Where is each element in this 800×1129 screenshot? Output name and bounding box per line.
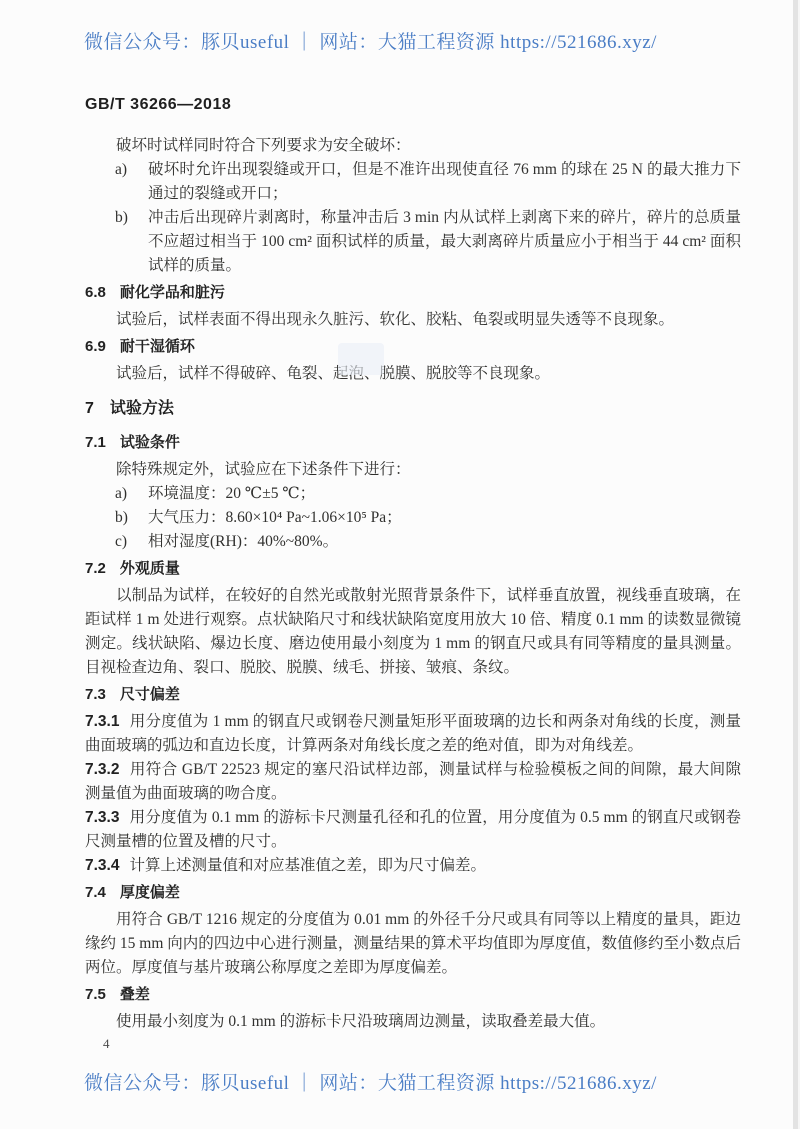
list-label: b) [115, 506, 128, 530]
list-text: 环境温度：20 ℃±5 ℃； [148, 485, 315, 502]
paragraph-appearance-quality: 以制品为试样，在较好的自然光或散射光照背景条件下，试样垂直放置，视线垂直玻璃，在… [85, 584, 741, 680]
clause-7-2-heading: 7.2外观质量 [85, 557, 741, 581]
scan-smudge-artifact [338, 343, 384, 375]
list-item-b-fragments: b)冲击后出现碎片剥离时，称量冲击后 3 min 内从试样上剥离下来的碎片，碎片… [85, 206, 741, 278]
clause-7-5-heading: 7.5叠差 [85, 983, 741, 1007]
list-item-a-cracks: a)破坏时允许出现裂缝或开口，但是不准许出现使直径 76 mm 的球在 25 N… [85, 158, 741, 206]
paragraph-chemical-resistance: 试验后，试样表面不得出现永久脏污、软化、胶粘、龟裂或明显失透等不良现象。 [85, 308, 741, 332]
clause-number: 7.3.3 [85, 809, 119, 826]
watermark-top: 微信公众号：豚贝useful ｜ 网站：大猫工程资源 https://52168… [84, 27, 657, 54]
paragraph-safe-breakage-intro: 破坏时试样同时符合下列要求为安全破坏： [85, 134, 741, 158]
clause-number: 6.8 [85, 284, 106, 301]
page-number: 4 [103, 1036, 110, 1052]
clause-number: 7.3 [85, 686, 106, 703]
clause-number: 7.3.1 [85, 713, 119, 730]
list-label: a) [115, 482, 127, 506]
watermark-bottom: 微信公众号：豚贝useful ｜ 网站：大猫工程资源 https://52168… [84, 1068, 657, 1095]
paragraph-test-conditions-intro: 除特殊规定外，试验应在下述条件下进行： [85, 458, 741, 482]
clause-title: 试验条件 [120, 434, 180, 451]
standard-number: GB/T 36266—2018 [85, 96, 231, 114]
clause-7-3-2-paragraph: 7.3.2用符合 GB/T 22523 规定的塞尺沿试样边部，测量试样与检验模板… [85, 758, 741, 806]
clause-title: 叠差 [120, 986, 150, 1003]
list-text: 大气压力：8.60×10⁴ Pa~1.06×10⁵ Pa； [148, 509, 402, 526]
clause-title: 耐化学品和脏污 [120, 284, 225, 301]
paragraph-overlap-deviation: 使用最小刻度为 0.1 mm 的游标卡尺沿玻璃周边测量，读取叠差最大值。 [85, 1010, 741, 1034]
scanned-document-page: 微信公众号：豚贝useful ｜ 网站：大猫工程资源 https://52168… [0, 0, 800, 1129]
clause-title: 尺寸偏差 [120, 686, 180, 703]
clause-number: 7.5 [85, 986, 106, 1003]
chapter-title: 试验方法 [110, 400, 174, 417]
clause-7-4-heading: 7.4厚度偏差 [85, 881, 741, 905]
clause-number: 7.1 [85, 434, 106, 451]
clause-6-8-heading: 6.8耐化学品和脏污 [85, 281, 741, 305]
list-text: 相对湿度(RH)：40%~80%。 [148, 533, 338, 550]
clause-7-3-1-paragraph: 7.3.1用分度值为 1 mm 的钢直尺或钢卷尺测量矩形平面玻璃的边长和两条对角… [85, 710, 741, 758]
clause-number: 7.3.4 [85, 857, 119, 874]
clause-title: 耐干湿循环 [120, 338, 195, 355]
list-text: 破坏时允许出现裂缝或开口，但是不准许出现使直径 76 mm 的球在 25 N 的… [148, 161, 741, 202]
clause-7-1-heading: 7.1试验条件 [85, 431, 741, 455]
clause-text: 用分度值为 0.1 mm 的游标卡尺测量孔径和孔的位置，用分度值为 0.5 mm… [85, 809, 741, 850]
paragraph-dry-wet-cycle: 试验后，试样不得破碎、龟裂、起泡、脱膜、脱胶等不良现象。 [85, 362, 741, 386]
list-label: c) [115, 530, 127, 554]
clause-text: 计算上述测量值和对应基准值之差，即为尺寸偏差。 [129, 857, 486, 874]
clause-7-3-3-paragraph: 7.3.3用分度值为 0.1 mm 的游标卡尺测量孔径和孔的位置，用分度值为 0… [85, 806, 741, 854]
clause-number: 7.4 [85, 884, 106, 901]
list-item-c-humidity: c)相对湿度(RH)：40%~80%。 [85, 530, 741, 554]
chapter-7-heading: 7试验方法 [85, 396, 741, 422]
clause-title: 外观质量 [120, 560, 180, 577]
paragraph-thickness-deviation: 用符合 GB/T 1216 规定的分度值为 0.01 mm 的外径千分尺或具有同… [85, 908, 741, 980]
clause-7-3-heading: 7.3尺寸偏差 [85, 683, 741, 707]
list-text: 冲击后出现碎片剥离时，称量冲击后 3 min 内从试样上剥离下来的碎片，碎片的总… [148, 209, 741, 274]
list-label: a) [115, 158, 127, 182]
clause-title: 厚度偏差 [120, 884, 180, 901]
document-content: 破坏时试样同时符合下列要求为安全破坏： a)破坏时允许出现裂缝或开口，但是不准许… [85, 134, 741, 1034]
list-label: b) [115, 206, 128, 230]
clause-7-3-4-paragraph: 7.3.4计算上述测量值和对应基准值之差，即为尺寸偏差。 [85, 854, 741, 878]
clause-text: 用分度值为 1 mm 的钢直尺或钢卷尺测量矩形平面玻璃的边长和两条对角线的长度，… [85, 713, 741, 754]
clause-number: 7.2 [85, 560, 106, 577]
clause-text: 用符合 GB/T 22523 规定的塞尺沿试样边部，测量试样与检验模板之间的间隙… [85, 761, 741, 802]
clause-number: 6.9 [85, 338, 106, 355]
clause-number: 7.3.2 [85, 761, 119, 778]
chapter-number: 7 [85, 400, 94, 417]
clause-6-9-heading: 6.9耐干湿循环 [85, 335, 741, 359]
list-item-b-pressure: b)大气压力：8.60×10⁴ Pa~1.06×10⁵ Pa； [85, 506, 741, 530]
list-item-a-temperature: a)环境温度：20 ℃±5 ℃； [85, 482, 741, 506]
